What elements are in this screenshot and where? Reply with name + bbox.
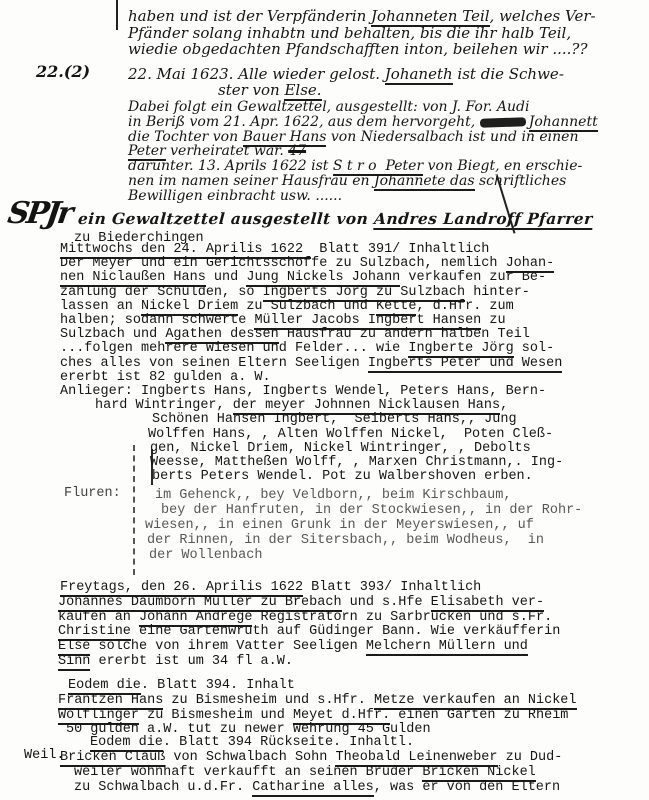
- fluren-block: im Gehenck,, bey Veldborn,, beim Kirschb…: [145, 488, 582, 563]
- text-line: Anlieger: Ingberts Hans, Ingberts Wendel…: [60, 385, 563, 399]
- blatt-391-entry: Mittwochs den 24. Aprilis 1622 Blatt 391…: [60, 243, 563, 484]
- text-segment: Weesse, Mattheßen Wolff, , Marxen Christ…: [150, 455, 563, 470]
- underlined-text: Melchern Müllern und: [366, 639, 528, 656]
- blatt-394-rueckseite-entry: Eodem die. Blatt 394 Rückseite. Inhaltl.…: [60, 735, 562, 795]
- text-segment: im Gehenck,, bey Veldborn,, beim Kirschb…: [155, 488, 511, 503]
- text-segment: verkaufen zur Be-: [400, 270, 546, 285]
- text-segment: zahlung der Schulden, so: [60, 285, 263, 300]
- text-line: berts Peters Wendel. Pot zu Walbershoven…: [60, 470, 563, 484]
- text-line: wiesen,, in einen Grunk in der Meyerswie…: [145, 518, 582, 533]
- text-line: halben; sodann schwerte Müller Jacobs In…: [60, 314, 563, 328]
- text-line: weiler wohnhaft verkaufft an seinen Brud…: [60, 765, 562, 780]
- entry-1623: 22. Mai 1623. Alle wieder gelost. Johane…: [128, 66, 564, 98]
- text-line: ererbt ist 82 gulden a. W.: [60, 371, 563, 385]
- text-segment: wiedie obgedachten Pfandschafften inton,…: [128, 40, 588, 58]
- text-line: bey der Hanfruten, in der Stockwiesen,, …: [145, 503, 582, 518]
- text-line: Schönen Hansen Ingbert, Seiberts Hans,, …: [60, 413, 563, 427]
- text-segment: Blatt 391/ Inhaltlich: [311, 242, 489, 257]
- text-line: Der Meyer und ein Gerichtsschoffe zu Sul…: [60, 257, 563, 271]
- text-segment: verheiratet war.: [166, 143, 289, 159]
- underlined-text: Ingberts Peter und Wesen: [368, 356, 562, 373]
- text-line: nen Niclaußen Hans und Jung Nickels Joha…: [60, 271, 563, 285]
- text-segment: der Rinnen, in der Sitersbach,, beim Wod…: [147, 533, 544, 548]
- text-line: zu Schwalbach u.d.Fr. Catharine alles, w…: [60, 780, 562, 795]
- text-segment: ster von: [218, 81, 284, 99]
- text-line: im Gehenck,, bey Veldborn,, beim Kirschb…: [145, 488, 582, 503]
- text-segment: zu Sulzbach und: [238, 299, 376, 314]
- text-line: Johannes Daumborn Müller zu Brebach und …: [58, 596, 560, 611]
- text-line: kaufen an Johann Andrege Registratorn zu…: [58, 611, 560, 626]
- text-segment: von Biegt, en erschie-: [423, 158, 582, 174]
- text-segment: weiler wohnhaft verkaufft an seinen Brud…: [74, 765, 422, 780]
- weil-margin-label: Weil.: [24, 748, 65, 763]
- underlined-text: Catharine alles: [252, 780, 374, 797]
- text-line: ein Gewaltzettel ausgestellt von Andres …: [77, 210, 593, 228]
- text-line: Wolffen Hans, , Alten Wolffen Nickel, Po…: [60, 428, 563, 442]
- text-line: Bewilligen einbracht usw. ......: [128, 189, 598, 204]
- text-segment: ein Gewaltzettel ausgestellt von: [77, 209, 374, 228]
- underlined-text: Sinn: [58, 654, 90, 671]
- text-line: darunter. 13. Aprils 1622 ist S t r o Pe…: [128, 159, 598, 174]
- text-line: nen im namen seiner Hausfrau en Johannet…: [128, 174, 598, 189]
- underlined-text: Andres Landroff Pfarrer: [373, 209, 593, 230]
- text-segment: hinter-: [465, 285, 530, 300]
- scribble-mark: [480, 117, 526, 128]
- text-line: Bricken Clauß von Schwalbach Sohn Theoba…: [60, 750, 562, 765]
- text-segment: von Schwalbach Sohn: [165, 750, 335, 765]
- text-segment: wiesen,, in einen Grunk in der Meyerswie…: [145, 518, 534, 533]
- text-line: ches alles von seinen Eltern Seeligen In…: [60, 357, 563, 371]
- text-line: Weesse, Mattheßen Wolff, , Marxen Christ…: [60, 456, 563, 470]
- text-line: der Wollenbach: [145, 548, 582, 563]
- text-line: Wölflinger zu Bismesheim und Meyet d.Hfr…: [58, 709, 577, 724]
- underlined-text: Johannete das: [374, 173, 475, 191]
- text-line: ster von Else.: [128, 82, 564, 98]
- text-segment: ist die Schwe-: [453, 65, 564, 83]
- text-segment: berts Peters Wendel. Pot zu Walbershoven…: [152, 469, 533, 484]
- text-segment: ches alles von seinen Eltern Seeligen: [60, 356, 368, 371]
- text-segment: und: [206, 270, 247, 285]
- text-segment: kaufen an: [58, 610, 139, 625]
- text-segment: Schönen Hansen Ingbert, Seiberts Hans,, …: [152, 412, 517, 427]
- text-segment: in Beriß vom 21. Apr. 1622, aus dem herv…: [128, 114, 480, 130]
- text-segment: Bewilligen einbracht usw. ......: [128, 188, 342, 204]
- text-segment: , was er von den Eltern: [374, 780, 560, 795]
- text-line: hard Wintringer, der meyer Johnnen Nickl…: [60, 399, 563, 413]
- text-segment: . Blatt 394 Rückseite. Inhaltl.: [163, 735, 414, 750]
- text-segment: bey der Hanfruten, in der Stockwiesen,, …: [161, 503, 582, 518]
- text-line: wiedie obgedachten Pfandschafften inton,…: [128, 41, 596, 58]
- text-segment: Wolffen Hans, , Alten Wolffen Nickel, Po…: [148, 427, 553, 442]
- text-segment: zu: [481, 313, 505, 328]
- text-segment: halben; sodann schwerte: [60, 313, 254, 328]
- intro-block: haben und ist der Verpfänderin Johannete…: [128, 8, 596, 58]
- text-segment: eine Gartenwruth auf Güdinger Bann. Wie …: [131, 624, 560, 639]
- text-segment: , welches Ver-: [490, 7, 596, 25]
- text-segment: ...folgen mehrere Wiesen und Felder... w…: [60, 341, 408, 356]
- pfarrer-note: ein Gewaltzettel ausgestellt von Andres …: [77, 210, 593, 228]
- text-segment: zu Bismesheim und s.Hfr.: [163, 693, 374, 708]
- text-line: zahlung der Schulden, so Ingberts Jörg z…: [60, 286, 563, 300]
- text-segment: ererbt ist 82 gulden a. W.: [60, 370, 271, 385]
- text-segment: nen im namen seiner Hausfrau en: [128, 173, 374, 189]
- text-segment: gen, Nickel Driem, Nickel Wintringer, , …: [150, 441, 531, 456]
- text-line: Eodem die. Blatt 394. Inhalt: [58, 679, 577, 694]
- text-line: Mittwochs den 24. Aprilis 1622 Blatt 391…: [60, 243, 563, 257]
- text-line: gen, Nickel Driem, Nickel Wintringer, , …: [60, 442, 563, 456]
- text-segment: schriftliches: [475, 173, 567, 189]
- text-line: in Beriß vom 21. Apr. 1622, aus dem herv…: [128, 115, 598, 130]
- text-line: die Tochter von Bauer Hans von Niedersal…: [128, 130, 598, 145]
- text-segment: Der Meyer und ein Gerichtsschoffe zu Sul…: [60, 256, 506, 271]
- document-page: 22.(2) SPJr Fluren: Weil. haben und ist …: [0, 0, 649, 800]
- text-line: Frantzen Hans zu Bismesheim und s.Hfr. M…: [58, 694, 577, 709]
- text-line: Sinn ererbt ist um 34 fl a.W.: [58, 655, 560, 670]
- text-segment: solche von ihrem Vatter Seeligen: [90, 639, 365, 654]
- struck-text: 47: [288, 143, 306, 159]
- text-segment: haben und ist der Verpfänderin: [128, 7, 371, 25]
- text-segment: Pfänder solang inhabtn und behalten, bis…: [128, 24, 571, 42]
- text-segment: ,: [500, 398, 508, 413]
- text-line: ...folgen mehrere Wiesen und Felder... w…: [60, 342, 563, 356]
- text-segment: Dabei folgt ein Gewaltzettel, ausgestell…: [128, 99, 529, 115]
- blatt-393-entry: Freytags, den 26. Aprilis 1622 Blatt 393…: [58, 581, 560, 670]
- text-segment: und s.Hfe: [342, 595, 431, 610]
- text-line: lassen an Nickel Driem zu Sulzbach und K…: [60, 300, 563, 314]
- blatt-394-entry: Eodem die. Blatt 394. InhaltFrantzen Han…: [58, 679, 577, 738]
- text-line: Eodem die. Blatt 394 Rückseite. Inhaltl.: [60, 735, 562, 750]
- underlined-text: Johaneth: [385, 65, 453, 85]
- text-line: haben und ist der Verpfänderin Johannete…: [128, 8, 596, 25]
- text-segment: zu Bismesheim und: [139, 708, 293, 723]
- text-segment: Registratorn zu Sarbrücken und s.Fr.: [252, 610, 552, 625]
- text-line: Christine eine Gartenwruth auf Güdinger …: [58, 625, 560, 640]
- text-segment: einen Garten zu Rheim: [390, 708, 568, 723]
- text-segment: Anlieger: Ingberts Hans, Ingberts Wendel…: [60, 384, 546, 399]
- text-line: der Rinnen, in der Sitersbach,, beim Wod…: [145, 533, 582, 548]
- text-segment: , d.Hfr. zum: [416, 299, 513, 314]
- text-segment: Hausfrau zu andern halben Teil: [279, 327, 530, 342]
- text-line: Sulzbach und Agathen dessen Hausfrau zu …: [60, 328, 563, 342]
- text-segment: zu Dud-: [498, 750, 563, 765]
- text-line: 22. Mai 1623. Alle wieder gelost. Johane…: [128, 66, 564, 82]
- text-segment: Sulzbach und: [60, 327, 165, 342]
- text-segment: von Niedersalbach ist und in einen: [326, 129, 578, 145]
- text-line: Pfänder solang inhabtn und behalten, bis…: [128, 25, 596, 42]
- text-segment: hard Wintringer,: [95, 398, 233, 413]
- fluren-margin-label: Fluren:: [64, 486, 121, 501]
- underlined-text: Else.: [284, 81, 321, 101]
- text-segment: lassen an: [60, 299, 141, 314]
- text-line: Dabei folgt ein Gewaltzettel, ausgestell…: [128, 100, 598, 115]
- text-segment: Blatt 393/ Inhaltlich: [303, 580, 481, 595]
- text-segment: ererbt ist um 34 fl a.W.: [90, 654, 293, 669]
- margin-note-22: 22.(2): [36, 62, 90, 81]
- monogram-initials: SPJr: [6, 196, 73, 231]
- text-segment: . Blatt 394. Inhalt: [141, 678, 295, 693]
- text-segment: sol-: [514, 341, 555, 356]
- text-segment: zu Schwalbach u.d.Fr.: [74, 780, 252, 795]
- text-line: Else solche von ihrem Vatter Seeligen Me…: [58, 640, 560, 655]
- text-segment: darunter. 13. Aprils 1622 ist: [128, 158, 333, 174]
- text-line: Freytags, den 26. Aprilis 1622 Blatt 393…: [58, 581, 560, 596]
- text-segment: die Tochter von: [128, 129, 243, 145]
- text-line: Peter verheiratet war. 47: [128, 144, 598, 159]
- text-segment: der Wollenbach: [149, 548, 262, 563]
- gewaltzettel-block: Dabei folgt ein Gewaltzettel, ausgestell…: [128, 100, 598, 204]
- page-fold-line: [116, 0, 118, 30]
